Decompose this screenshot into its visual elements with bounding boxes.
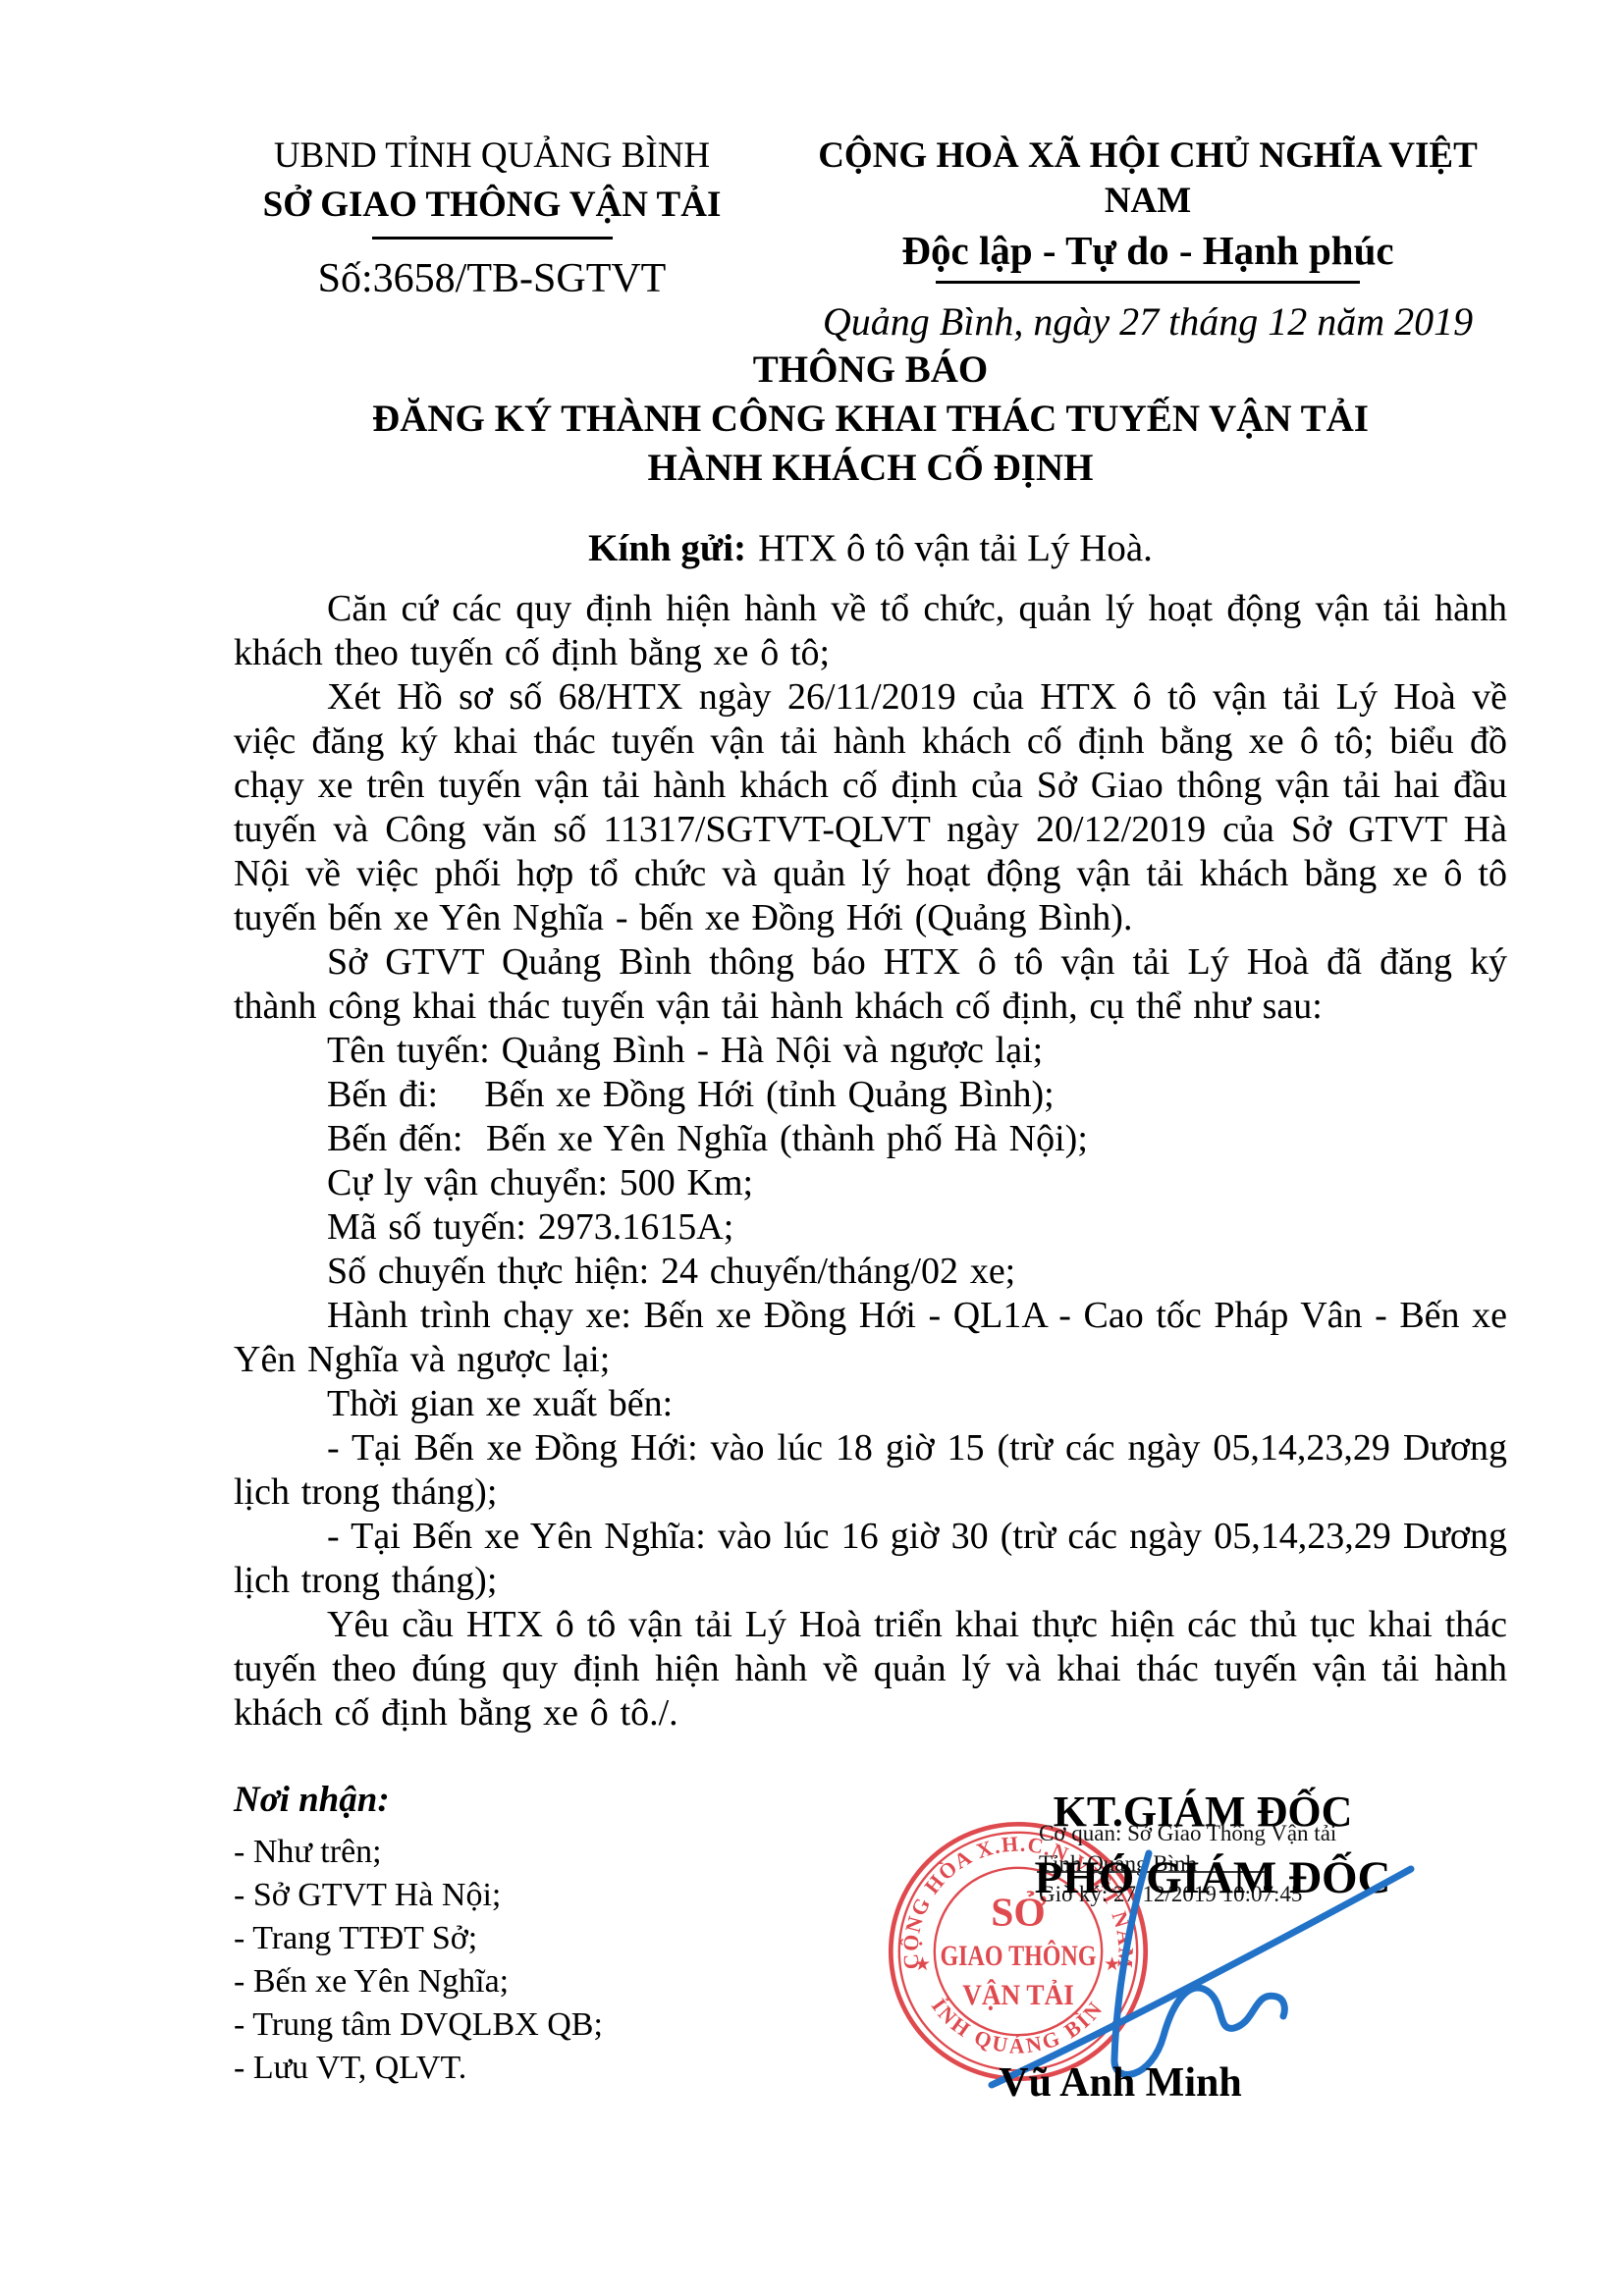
handwritten-signature	[967, 1832, 1429, 2097]
recipients-list: - Như trên; - Sở GTVT Hà Nội; - Trang TT…	[234, 1831, 744, 2090]
recipients-block: Nơi nhận: - Như trên; - Sở GTVT Hà Nội; …	[234, 1779, 744, 2090]
header-right: CỘNG HOÀ XÃ HỘI CHỦ NGHĨA VIỆT NAM Độc l…	[774, 133, 1522, 345]
signature-swoosh	[992, 1869, 1411, 2085]
trip-count-line: Số chuyến thực hiện: 24 chuyến/tháng/02 …	[234, 1250, 1507, 1294]
parent-org-name: UBND TỈNH QUẢNG BÌNH	[250, 133, 733, 179]
departure-time-dong-hoi: - Tại Bến xe Đồng Hới: vào lúc 18 giờ 15…	[234, 1426, 1507, 1515]
recipient-value: HTX ô tô vận tải Lý Hoà.	[758, 527, 1153, 569]
recipient-item: - Sở GTVT Hà Nội;	[234, 1874, 744, 1917]
doc-number: Số:3658/TB-SGTVT	[250, 255, 733, 302]
departure-time-yen-nghia: - Tại Bến xe Yên Nghĩa: vào lúc 16 giờ 3…	[234, 1515, 1507, 1603]
signature-scrawl	[1114, 1853, 1284, 2074]
recipient-item: - Trang TTĐT Sở;	[234, 1917, 744, 1960]
national-motto: Độc lập - Tự do - Hạnh phúc	[774, 227, 1522, 274]
route-code-line: Mã số tuyến: 2973.1615A;	[234, 1205, 1507, 1250]
title-line-1: THÔNG BÁO	[234, 346, 1507, 395]
org-name: SỞ GIAO THÔNG VẬN TẢI	[250, 183, 733, 228]
motto-underline	[936, 281, 1360, 284]
signer-name: Vũ Anh Minh	[924, 2059, 1317, 2107]
departure-time-heading: Thời gian xe xuất bến:	[234, 1382, 1507, 1426]
arrival-station-line: Bến đến: Bến xe Yên Nghĩa (thành phố Hà …	[234, 1117, 1507, 1161]
document-title: THÔNG BÁO ĐĂNG KÝ THÀNH CÔNG KHAI THÁC T…	[234, 346, 1507, 493]
para-announcement: Sở GTVT Quảng Bình thông báo HTX ô tô vậ…	[234, 940, 1507, 1029]
route-name-line: Tên tuyến: Quảng Bình - Hà Nội và ngược …	[234, 1029, 1507, 1073]
place-date-line: Quảng Bình, ngày 27 tháng 12 năm 2019	[774, 298, 1522, 345]
distance-line: Cự ly vận chuyển: 500 Km;	[234, 1161, 1507, 1205]
recipient-item: - Bến xe Yên Nghĩa;	[234, 1960, 744, 2003]
recipient-line: Kính gửi:HTX ô tô vận tải Lý Hoà.	[234, 526, 1507, 570]
header-left: UBND TỈNH QUẢNG BÌNH SỞ GIAO THÔNG VẬN T…	[250, 133, 733, 302]
recipient-item: - Trung tâm DVQLBX QB;	[234, 2003, 744, 2047]
para-dossier: Xét Hồ sơ số 68/HTX ngày 26/11/2019 của …	[234, 675, 1507, 940]
document-body: Căn cứ các quy định hiện hành về tổ chức…	[234, 587, 1507, 1735]
official-document-page: UBND TỈNH QUẢNG BÌNH SỞ GIAO THÔNG VẬN T…	[0, 0, 1624, 2296]
seal-star-left: ★	[914, 1954, 931, 1975]
national-header: CỘNG HOÀ XÃ HỘI CHỦ NGHĨA VIỆT NAM	[774, 133, 1522, 224]
route-itinerary: Hành trình chạy xe: Bến xe Đồng Hới - QL…	[234, 1294, 1507, 1382]
closing-paragraph: Yêu cầu HTX ô tô vận tải Lý Hoà triển kh…	[234, 1603, 1507, 1735]
recipient-item: - Lưu VT, QLVT.	[234, 2047, 744, 2090]
departure-station-line: Bến đi: Bến xe Đồng Hới (tỉnh Quảng Bình…	[234, 1073, 1507, 1117]
recipient-item: - Như trên;	[234, 1831, 744, 1874]
recipients-label: Nơi nhận:	[234, 1779, 744, 1821]
org-underline	[372, 237, 613, 240]
title-line-2: ĐĂNG KÝ THÀNH CÔNG KHAI THÁC TUYẾN VẬN T…	[234, 395, 1507, 444]
para-legal-basis: Căn cứ các quy định hiện hành về tổ chức…	[234, 587, 1507, 675]
recipient-label: Kính gửi:	[588, 527, 746, 569]
title-line-3: HÀNH KHÁCH CỐ ĐỊNH	[234, 444, 1507, 493]
